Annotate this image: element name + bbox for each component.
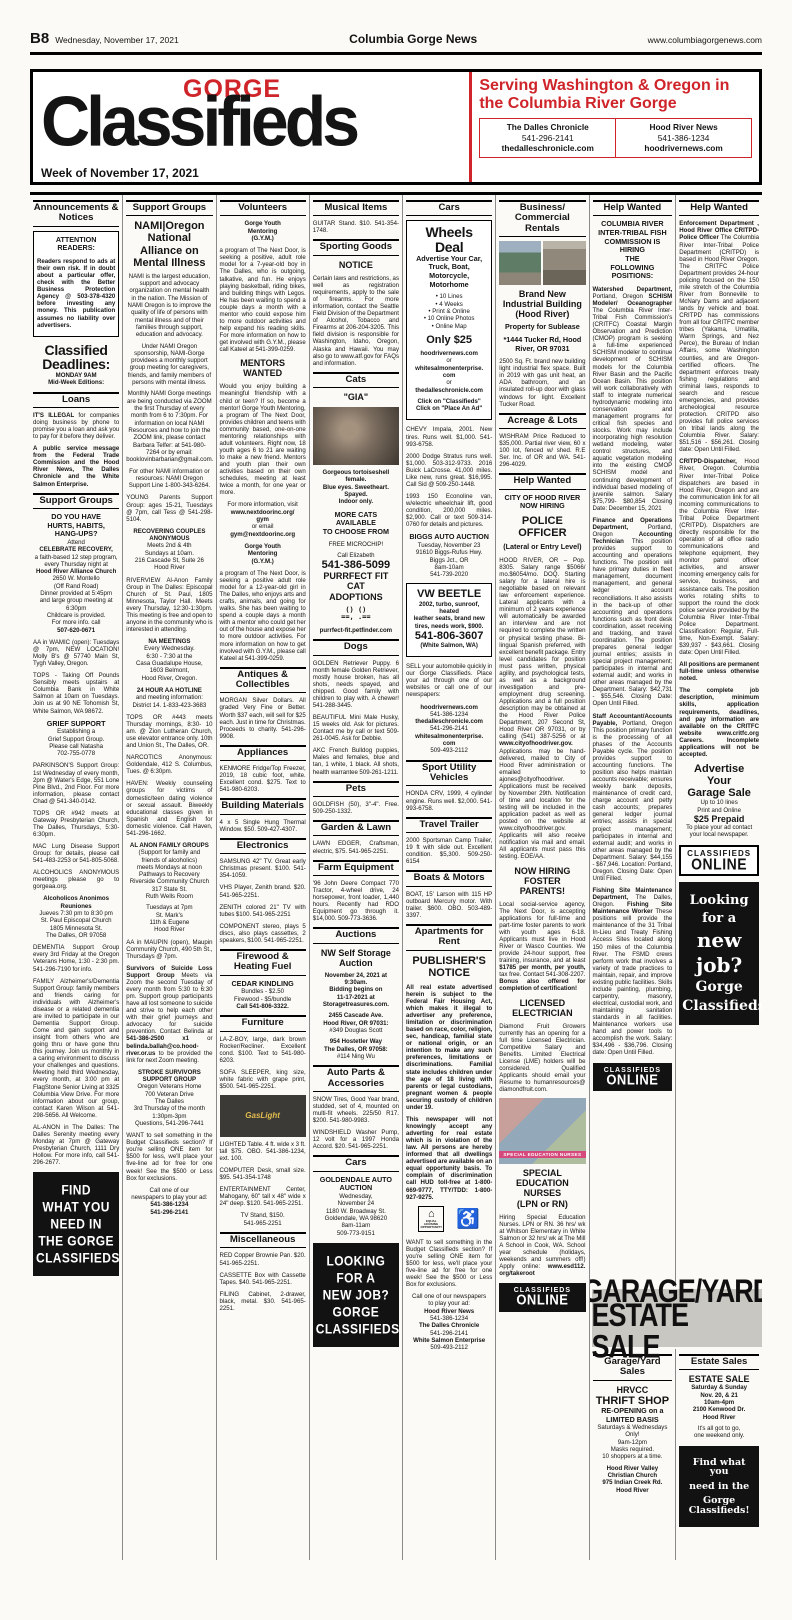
ad-line: 702-755-0778 (33, 750, 119, 757)
classified-ad: ENTERTAINMENT Center, Mahogany, 60" tall… (220, 1186, 306, 1207)
classified-ad: a program of The Next Door, is seeking a… (220, 247, 306, 353)
ad-line: Truck, Boat, Motorcycle, (410, 263, 488, 280)
ad-line: whitesalmonenterprise. (406, 733, 492, 740)
ad-text: KENMORE Fridge/Top Freezer, 2019, 18 cub… (220, 765, 306, 793)
classified-ad: GRIEF SUPPORTEstablishing aGrief Support… (33, 720, 119, 758)
ad-line: NAMI is the largest education, support a… (126, 273, 212, 339)
ad-line: SPECIAL (499, 1168, 585, 1178)
classified-ad: BOAT, 15' Larson with 115 HP outboard Me… (406, 891, 492, 919)
promo-line: FOR A (316, 1271, 396, 1284)
column-critpd-jobs: Help WantedEnforcement Department , Hood… (675, 195, 762, 1287)
ad-line: RECOVERING COUPLES (126, 528, 212, 535)
ad-text: '96 John Deere Compact 770 Tractor, 4-wh… (313, 880, 399, 922)
section-header: Musical Items (313, 200, 399, 216)
ad-text: ENTERTAINMENT Center, Mahogany, 60" tall… (220, 1186, 306, 1207)
ad-text: These positions will provide the mainten… (593, 908, 673, 1056)
ad-line: Property for Sublease (499, 323, 585, 332)
ad-line: COMMISSION IS HIRING (593, 238, 673, 255)
classified-ad: ALCOHOLICS ANONYMOUS meetings please go … (33, 869, 119, 890)
ad-line: Call one of our newspapers (406, 1293, 492, 1300)
ad-text: Local social-service agency, The Next Do… (499, 901, 585, 965)
classified-ad: WANT to sell something in the Budget Cla… (406, 1239, 492, 1288)
contact-name: Hood River News (617, 122, 750, 133)
paw-print-art: () ()==, .== (313, 607, 399, 622)
section-header: Announcements & Notices (33, 200, 119, 227)
masthead-title-area: GORGE Classifieds Week of November 17, 2… (33, 72, 469, 182)
ad-line: Mental Illness (126, 257, 212, 269)
ad-line: It's all got to go, (679, 1425, 759, 1432)
banner-line: ESTATE SALE (592, 1299, 763, 1362)
classified-ad: Survivors of Suicide Loss Support Group … (126, 965, 212, 1064)
ad-line: PURRFECT FIT (313, 571, 399, 581)
classified-ad: MENTORS WANTED (220, 358, 306, 378)
ad-line: 3rd Thursday of the month (126, 1105, 212, 1112)
ad-text: This position primary function is the pr… (593, 727, 673, 882)
ad-line: Childcare is provided. (33, 612, 119, 619)
ad-line: 541-806-3607 (410, 630, 488, 642)
help-wanted-pair: Help WantedCOLUMBIA RIVERINTER-TRIBAL FI… (590, 195, 763, 1287)
ad-line: Please call Natasha (33, 743, 119, 750)
ad-line: $25 Prepaid (679, 814, 759, 824)
classified-ad: TOPS - Taking Off Pounds Sensibly meets … (33, 672, 119, 714)
ad-line: For more info. call (33, 619, 119, 626)
ad-line: 541-296-2141 (406, 1330, 492, 1337)
masthead-right-area: Serving Washington & Oregon in the Colum… (469, 72, 759, 182)
ad-line: 91610 Biggs-Rufus Hwy. (406, 549, 492, 556)
classified-ad: Readers respond to ads at their own risk… (37, 258, 115, 329)
contact-phone: 541-386-1234 (617, 133, 750, 144)
classified-ad: RIVERVIEW Al-Anon Family Group in The Da… (126, 577, 212, 634)
ad-line: 541-386-1234 (406, 711, 492, 718)
classified-ad: GOLDEN Retriever Puppy. 6 month female G… (313, 660, 399, 709)
ad-text: PARKINSON'S Support Group: 1st Wednesday… (33, 762, 119, 804)
column-business-help-wanted: Business/ Commercial RentalsBrand NewInd… (495, 195, 588, 1560)
ad-text: MAC Lung Disease Support Group: for deta… (33, 843, 119, 864)
classified-ad: GOLDFISH (50), 3"-4". Free. 509-250-1332… (313, 801, 399, 815)
ad-line: The Dalles Chronicle (406, 1322, 492, 1329)
classified-ad: Gorgeous tortoiseshell female.Blue eyes.… (313, 469, 399, 506)
column-support-groups: Support GroupsNAMI|OregonNationalAllianc… (122, 195, 215, 1560)
classified-ad: TV Stand, $150.541-965-2251 (220, 1212, 306, 1227)
ad-line: Advertise (679, 763, 759, 775)
garage-yard-estate-sale-banner: GARAGE/YARDESTATE SALE (592, 1289, 763, 1347)
classified-ad: Alcoholicos AnonimosReunionesJueves 7:30… (33, 895, 119, 939)
ad-line: Alliance on (126, 245, 212, 257)
classified-ad: Brand NewIndustrial Building(Hood River)… (499, 289, 585, 353)
ad-line: com (406, 740, 492, 747)
ad-line: LICENSED (499, 998, 585, 1008)
ad-line: River, OR 97031 (499, 345, 585, 354)
ad-line: Auction (313, 958, 399, 968)
ad-line: Gorge Youth (220, 543, 306, 550)
classified-ad: 24 HOUR AA HOTLINEand meeting informatio… (126, 687, 212, 709)
ad-text: Would you enjoy building a meaningful fr… (220, 383, 306, 496)
classified-ad: PARKINSON'S Support Group: 1st Wednesday… (33, 762, 119, 804)
ad-line: November 24, 2021 at (313, 972, 399, 979)
ad-line: Gorge Youth (220, 220, 306, 227)
ad-line: 8am-11am (313, 1222, 399, 1229)
ad-line: To place your ad contact (679, 824, 759, 831)
classified-ad: Call one of our newspapersto play your a… (406, 1293, 492, 1352)
ad-line: thedalleschronicle.com (406, 718, 492, 725)
promo-line: Classifieds! (682, 999, 756, 1013)
classified-ad: AA in WAMIC (open): Tuesdays @ 7pm, NEW … (33, 639, 119, 667)
ad-text: HONDA CRV, 1999, 4 cylinder engine. Runs… (406, 790, 492, 811)
ad-text: LIGHTED Table. 4 ft. wide x 3 ft. tall $… (220, 1141, 306, 1162)
ad-line: Every Wednesday. (126, 645, 212, 652)
ad-text: $1785 per month, per youth, (499, 964, 585, 971)
ad-text: LA-Z-BOY, large, dark brown Rocker/Recli… (220, 1036, 306, 1064)
promo-box: FINDWHAT YOUNEED INTHE GORGECLASSIFIEDS (33, 1172, 119, 1276)
ad-line: purrfect-fit.petfinder.com (313, 627, 399, 634)
ad-line: a faith-based 12 step program, every Thu… (33, 554, 119, 569)
ad-line: 975 Indian Creek Rd. (593, 1479, 673, 1486)
section-header: Boats & Motors (406, 870, 492, 886)
ad-text: RED Copper Brownie Pan. $20. 541-965-225… (220, 1252, 306, 1266)
ad-line: 541-739-2020 (406, 571, 492, 578)
column-volunteers-merchandise: VolunteersGorge YouthMentoring(G.Y.M.)a … (216, 195, 309, 1560)
classified-ad: NOTICE (313, 260, 399, 270)
promo-line: need in the (682, 1482, 756, 1492)
classified-ad: COMPONENT stereo, plays 5 discs, also pl… (220, 923, 306, 944)
ad-line: Mentoring (220, 550, 306, 557)
ad-line: CEDAR KINDLING (220, 980, 306, 989)
section-header: Auctions (313, 927, 399, 943)
classified-ad: 2000 Dodge Stratus runs well. $1,000. 50… (406, 453, 492, 488)
ad-text: All positions are permanent full-time un… (679, 661, 759, 682)
ad-line: SUPPORT GROUP (126, 1076, 212, 1083)
section-header: Appliances (220, 745, 306, 761)
ad-text: NARCOTICS Anonymous: Goldendale, 412 S. … (126, 754, 212, 775)
equal-housing-icon: ⌂EQUAL HOUSING OPPORTUNITY (418, 1206, 444, 1232)
ad-line: NAMI|Oregon (126, 220, 212, 232)
ad-line: Hood River Alliance Church (33, 568, 119, 575)
ad-line: MONDAY 9AM (33, 372, 119, 379)
ad-text: or (207, 1035, 212, 1042)
ad-line: one weekend only. (679, 1432, 759, 1439)
ad-line: Jueves 7:30 pm to 8:30 pm (33, 910, 119, 917)
ad-line: 954 Hostetler Way (313, 1038, 399, 1045)
classified-ad: Staff Accountant/Accounts Payable, Portl… (593, 713, 673, 883)
classified-ad: 2000 Sportsman Camp Trailer, 19 ft with … (406, 837, 492, 865)
section-header: Cars (406, 200, 492, 216)
ad-line: 2100 Kenwood Dr. (679, 1406, 759, 1413)
boxed-ad: ATTENTIONREADERS:Readers respond to ads … (33, 231, 119, 337)
housing-icons: ⌂EQUAL HOUSING OPPORTUNITY♿ (406, 1206, 492, 1232)
classifieds-online-label: ONLINE (501, 1294, 583, 1308)
ad-line: National (126, 232, 212, 244)
classified-ad: YOUNG Parents Support Group: ages 15-21,… (126, 494, 212, 522)
ad-line: 509-773-9151 (313, 1230, 399, 1237)
classified-ad: 2500 Sq. Ft. brand new building light in… (499, 358, 585, 407)
section-header: Help Wanted (499, 473, 585, 489)
ad-line: For more information, visit (220, 501, 306, 508)
classified-ad: AL-ANON in The Dalles: The Dalles Sereni… (33, 1124, 119, 1166)
column-cars-rentals: CarsWheelsDealAdvertise Your Car,Truck, … (402, 195, 495, 1560)
promo-line: for a (682, 912, 756, 925)
ad-line: Pathways to Recovery (126, 871, 212, 878)
ad-line: 8am-10am (406, 564, 492, 571)
promo-line: NEW JOB? (316, 1288, 396, 1301)
ad-line: gym@nextdoorinc.org (220, 531, 306, 538)
promo-line: job? (682, 955, 756, 975)
edition-and-date: B8 Wednesday, November 17, 2021 (30, 30, 179, 47)
ad-line: 10am-4pm (679, 1399, 759, 1406)
classified-ad: DEMENTIA Support Group every 3rd Friday … (33, 944, 119, 972)
ad-line: Nov. 20, & 21 (679, 1392, 759, 1399)
ad-line: HRVCC (593, 1385, 673, 1395)
promo-line: CLASSIFIEDS (316, 1322, 396, 1335)
ad-line: Bidding begins on (313, 986, 399, 993)
masthead-tagline: Serving Washington & Oregon in the Colum… (479, 77, 752, 113)
ad-text: Columbia River Inter-Tribal Police dispa… (679, 465, 759, 656)
ad-text: SNOW Tires, Good Year brand, studded, se… (313, 1096, 399, 1124)
section-header: Business/ Commercial Rentals (499, 200, 585, 237)
ad-text: AL-ANON in The Dalles: The Dalles Sereni… (33, 1124, 119, 1166)
ad-line: or (410, 357, 488, 364)
classified-ad: NAMI|OregonNationalAlliance onMental Ill… (126, 220, 212, 489)
classified-ad: Watershed Department, Portland, Oregon S… (593, 286, 673, 512)
boxed-ad: WheelsDealAdvertise Your Car,Truck, Boat… (406, 220, 492, 420)
classified-ad: DO YOU HAVEHURTS, HABITS,HANG-UPS?Attend… (33, 513, 119, 634)
classified-ad: SAMSUNG 42" TV. Great early Christmas pr… (220, 858, 306, 879)
ad-line: BIGGS AUTO AUCTION (406, 533, 492, 542)
ad-line: Saturdays & Wednesdays (593, 1424, 673, 1431)
ad-line: 541-965-2251 (220, 1220, 306, 1227)
ad-text: TOPS - Taking Off Pounds Sensibly meets … (33, 672, 119, 714)
ad-line: Hood River, OR 97031: (313, 1020, 399, 1027)
ad-text: ZENITH colored 21" TV with tubes $100. 5… (220, 904, 306, 918)
section-header: Firewood & Heating Fuel (220, 949, 306, 976)
ad-line: Hood River (593, 1487, 673, 1494)
classified-ad: HAVEN: Weekly counseling groups for vict… (126, 780, 212, 837)
ad-line: POSITIONS: (593, 272, 673, 281)
ad-text: LAWN EDGER, Craftsman, electric, $75. 54… (313, 840, 399, 854)
promo-box: LOOKINGFOR ANEW JOB?GORGECLASSIFIEDS (313, 1243, 399, 1347)
ad-text: HAVEN: Weekly counseling groups for vict… (126, 780, 212, 836)
sales-pair: Garage/Yard SalesHRVCCTHRIFT SHOPRE-OPEN… (590, 1349, 763, 1560)
ad-line: 700 Veteran Drive (126, 1091, 212, 1098)
ad-text: Certain laws and restrictions, as well a… (313, 275, 399, 367)
masthead-contacts: The Dalles Chronicle 541-296-2141 thedal… (479, 118, 752, 158)
ad-line: www.nextdoorinc.org/ (220, 509, 306, 516)
ad-line: ANONYMOUS (126, 535, 212, 542)
ad-line: Classified (33, 343, 119, 358)
ad-line: 541-386-1234 (126, 1201, 212, 1208)
classified-ad: Local social-service agency, The Next Do… (499, 901, 585, 993)
classified-ad: Diamond Fruit Growers currently has an o… (499, 1023, 585, 1094)
ad-line: Mentoring (220, 228, 306, 235)
classified-ad: NARCOTICS Anonymous: Goldendale, 412 S. … (126, 754, 212, 775)
classified-ad: HOOD RIVER, OR – Pop. 8305. Salary range… (499, 557, 585, 861)
ad-text: Applications may be hand-delivered, mail… (499, 748, 585, 861)
ad-line: Hood River Valley (593, 1465, 673, 1472)
ad-text: MORGAN Silver Dollars. All graded Very F… (220, 697, 306, 739)
classified-ad: BEAUTIFUL Mini Male Husky, 15 weeks old.… (313, 714, 399, 742)
ad-text: HOOD RIVER, OR – Pop. 8305. Salary range… (499, 557, 585, 741)
classifieds-masthead: GORGE Classifieds Week of November 17, 2… (30, 69, 762, 185)
ad-text: Readers respond to ads at their own risk… (37, 258, 115, 329)
ad-line: FREE MICROCHIP! (313, 541, 399, 548)
cat-photo (313, 407, 399, 465)
building-photos (499, 241, 585, 285)
classifieds-body: Announcements & NoticesATTENTIONREADERS:… (30, 192, 762, 1560)
ad-line: 216 Cascade St, Suite 26 (126, 557, 212, 564)
column-pets-farm-auto: Musical ItemsGUITAR Stand. $10. 541-354-… (309, 195, 402, 1560)
ad-line: Call 541-806-3322. (220, 1003, 306, 1010)
ad-line: Wednesday, (313, 1193, 399, 1200)
section-header: Farm Equipment (313, 860, 399, 876)
ad-text: COMPONENT stereo, plays 5 discs, also pl… (220, 923, 306, 944)
ad-text: YOUNG Parents Support Group: ages 15-21,… (126, 494, 212, 522)
classified-ad: Hiring Special Education Nurses. LPN or … (499, 1214, 585, 1278)
classified-ad: VHS Player, Zenith brand. $20. 541-965-2… (220, 884, 306, 898)
ad-line: Deadlines: (33, 357, 119, 372)
ad-line: 541-386-5099 (313, 559, 399, 571)
contact-dalles-chronicle: The Dalles Chronicle 541-296-2141 thedal… (480, 119, 615, 157)
classified-ad: MORGAN Silver Dollars. All graded Very F… (220, 697, 306, 739)
classified-ad: Fishing Site Maintenance Department, The… (593, 887, 673, 1057)
section-header: Sport Utility Vehicles (406, 760, 492, 787)
ad-line: Christian Church (593, 1472, 673, 1479)
classified-ad: CITY OF HOOD RIVERNOW HIRINGPOLICEOFFICE… (499, 494, 585, 552)
promo-line: Gorge Classifieds! (682, 1496, 756, 1515)
ad-line: AL ANON FAMILY GROUPS (126, 842, 212, 849)
ad-text: WANT to sell something in the Budget Cla… (126, 1132, 212, 1181)
ad-line: leather seats, brand new (410, 615, 488, 622)
classifieds-online-box: CLASSIFIEDSONLINE (679, 845, 759, 876)
classified-ad: IT'S ILLEGAL for companies doing busines… (33, 412, 119, 440)
ad-line: Ruth Wells Room (126, 893, 212, 900)
classified-ad: WISHRAM Price Reduced to $35,000. Partia… (499, 433, 585, 468)
classified-ad: AdvertiseYourGarage SaleUp to 10 linesPr… (679, 763, 759, 839)
classified-ad: ATTENTIONREADERS: (37, 236, 115, 253)
paper-website: www.columbiagorgenews.com (648, 35, 762, 45)
promo-line: THE GORGE (36, 1234, 116, 1247)
ad-line: PARENTS! (499, 886, 585, 896)
ad-line: 9am-12pm (593, 1439, 673, 1446)
classifieds-online-box: CLASSIFIEDSONLINE (593, 1063, 673, 1091)
ad-line: NW Self Storage (313, 948, 399, 958)
promo-line: LOOKING (316, 1254, 396, 1267)
classified-ad: SELL your automobile quickly in our Gorg… (406, 663, 492, 698)
classified-ad: Would you enjoy building a meaningful fr… (220, 383, 306, 496)
paw-icon: ==, .== (313, 614, 399, 622)
ad-line: ESTATE SALE (679, 1374, 759, 1384)
ad-text: www.cityofhoodriver.gov. (499, 740, 572, 747)
ad-line: (LPN or RN) (499, 1199, 585, 1209)
ad-line: (Lateral or Entry Level) (499, 543, 585, 552)
photo-label: GasLight (245, 1111, 280, 1120)
section-header: Cars (313, 1155, 399, 1171)
ad-line: Storagetreasures.com. (313, 1001, 399, 1008)
ad-line: 10 shoppers at a time. (593, 1453, 673, 1460)
section-header: Help Wanted (679, 200, 759, 216)
ad-line: Tuesday, November 23 (406, 542, 492, 549)
ad-line: VW BEETLE (410, 588, 488, 600)
ad-line: 509-493-2112 (406, 1344, 492, 1351)
classified-ad: LICENSEDELECTRICIAN (499, 998, 585, 1018)
ad-line: Wheels (410, 225, 488, 240)
ad-text: VHS Player, Zenith brand. $20. 541-965-2… (220, 884, 306, 898)
ad-text: 2000 Dodge Stratus runs well. $1,000. 50… (406, 453, 492, 488)
promo-line: FIND (36, 1183, 116, 1196)
ad-line: (Off Rand Road) (33, 583, 119, 590)
ad-line: OFFICER (499, 527, 585, 539)
ad-text: BEAUTIFUL Mini Male Husky, 15 weeks old.… (313, 714, 399, 742)
ad-line: Oregon Veterans Home (126, 1083, 212, 1090)
section-header: Volunteers (220, 200, 306, 216)
ad-text: A public service message from the Federa… (33, 445, 119, 487)
ad-line: Questions, 541-296-7441 (126, 1120, 212, 1127)
section-header: Acreage & Lots (499, 413, 585, 429)
ad-text: 541-386-2500 x1 (126, 1035, 207, 1042)
promo-box: Lookingfor anewjob?GorgeClassifieds! (679, 882, 759, 1025)
ad-text: CRITPD-Dispatcher, (679, 458, 744, 465)
section-header: Dogs (313, 639, 399, 655)
ad-text: WINDSHIELD Washer Pump, 12 volt for a 19… (313, 1129, 399, 1150)
ad-line: AUCTION (313, 1184, 399, 1193)
classified-ad: RECOVERING COUPLESANONYMOUSMeets 2nd & 4… (126, 528, 212, 572)
ad-line: (Hood River) (499, 309, 585, 319)
masthead-title: Classifieds (41, 86, 356, 157)
contact-hood-river-news: Hood River News 541-386-1234 hoodriverne… (615, 119, 751, 157)
ad-line: 1603 Belmont, (126, 667, 212, 674)
ad-line: TV Stand, $150. (220, 1212, 306, 1219)
ad-line: 9:30am. (313, 979, 399, 986)
ad-line: thedalleschronicle.com (410, 387, 488, 394)
classified-ad: '96 John Deere Compact 770 Tractor, 4-wh… (313, 880, 399, 922)
ad-text: 4 x 5 Single Hung Thermal Window. $50. 5… (220, 819, 306, 833)
classified-ad: All positions are permanent full-time un… (679, 661, 759, 682)
ad-line: Bundles - $2.50 (220, 988, 306, 995)
classified-ad: Enforcement Department , Hood River Offi… (679, 220, 759, 453)
section-header: Travel Trailer (406, 817, 492, 833)
promo-line: CLASSIFIEDS (36, 1251, 116, 1264)
ad-line: CELEBRATE RECOVERY, (33, 546, 119, 553)
ad-line: gym (220, 516, 306, 523)
ad-text: BOAT, 15' Larson with 115 HP outboard Me… (406, 891, 492, 919)
classified-ad: For more information, visitwww.nextdoori… (220, 501, 306, 538)
ad-line: 317 State St. (126, 886, 212, 893)
ad-text: The Columbia River Inter-Tribal Police D… (679, 234, 759, 453)
ad-text: SAMSUNG 42" TV. Great early Christmas pr… (220, 858, 306, 879)
paper-name: Columbia Gorge News (349, 32, 477, 46)
ad-line: #114 Ning Wu (313, 1053, 399, 1060)
classified-ad: This newspaper will not knowingly accept… (406, 1116, 492, 1201)
classified-ad: KENMORE Fridge/Top Freezer, 2019, 18 cub… (220, 765, 306, 793)
boxed-ad: VW BEETLE2002, turbo, sunroof, heatedlea… (406, 583, 492, 657)
ad-text: Hiring Special Education Nurses. LPN or … (499, 1214, 585, 1270)
ad-line: NOTICE (406, 967, 492, 979)
ad-text: All real estate advertised herein is sub… (406, 984, 492, 1111)
classified-ad: TOPS OR #443 meets Thursday mornings, 8:… (126, 714, 212, 749)
ad-line: ELECTRICIAN (499, 1008, 585, 1018)
classified-ad: FAMILY Alzheimer's/Dementia Support Grou… (33, 978, 119, 1119)
ad-text: RIVERVIEW Al-Anon Family Group in The Da… (126, 577, 212, 633)
classifieds-online-box: CLASSIFIEDSONLINE (499, 1283, 585, 1311)
ad-line: Hood River (679, 1414, 759, 1421)
ad-line: LIMITED BASIS (593, 1416, 673, 1425)
contact-site: hoodrivernews.com (617, 143, 750, 154)
ad-line: hoodrivernews.com (410, 350, 488, 357)
classified-ad: purrfect-fit.petfinder.com (313, 627, 399, 634)
classified-ad: FILING Cabinet, 2-drawer, black, metal. … (220, 1291, 306, 1312)
column-critfc-jobs: Help WantedCOLUMBIA RIVERINTER-TRIBAL FI… (590, 195, 676, 1287)
ad-line: READERS: (37, 244, 115, 253)
classified-ad: AL ANON FAMILY GROUPS(Support for family… (126, 842, 212, 934)
classified-ad: LAWN EDGER, Craftsman, electric, $75. 54… (313, 840, 399, 854)
